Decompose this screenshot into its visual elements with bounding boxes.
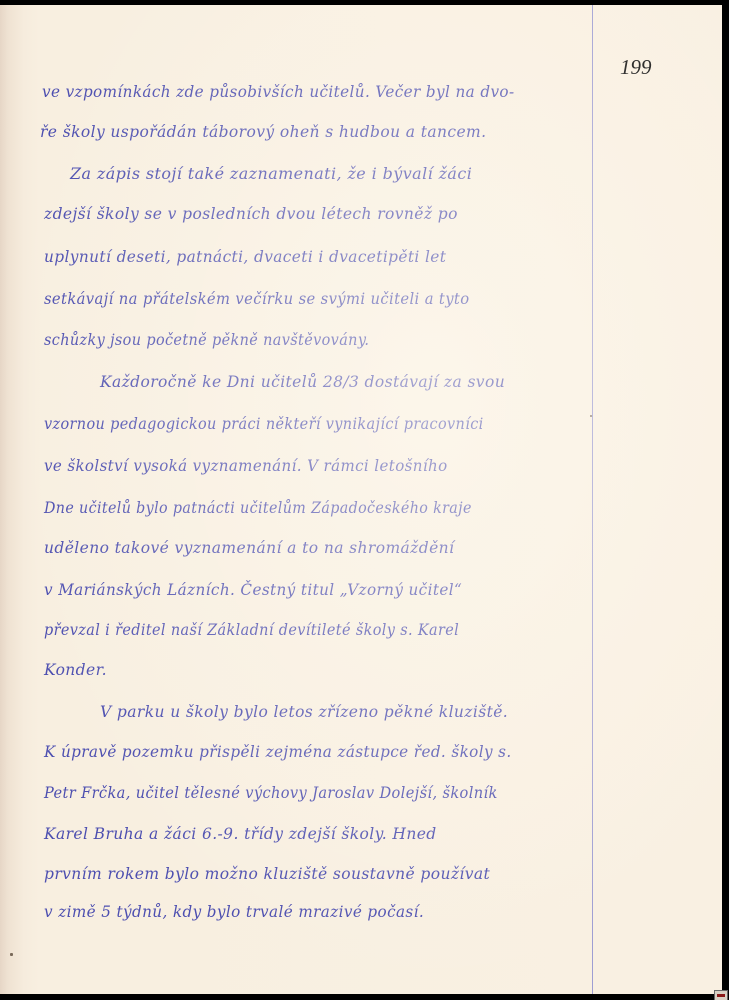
handwritten-line: Petr Frčka, učitel tělesné výchovy Jaros… xyxy=(44,784,498,802)
handwritten-line: Dne učitelů bylo patnácti učitelům Západ… xyxy=(44,499,472,517)
handwritten-line: Konder. xyxy=(44,661,107,679)
handwritten-line: Za zápis stojí také zaznamenati, že i bý… xyxy=(70,165,472,183)
resize-handle-icon[interactable] xyxy=(714,990,728,1000)
handwritten-line: zdejší školy se v posledních dvou létech… xyxy=(44,205,458,223)
handwritten-line: schůzky jsou početně pěkně navštěvovány. xyxy=(44,331,369,349)
paper-speck xyxy=(10,953,13,956)
handwritten-line: uděleno takové vyznamenání a to na shrom… xyxy=(44,539,454,557)
handwritten-line: převzal i ředitel naší Základní devítile… xyxy=(44,621,459,639)
margin-line xyxy=(592,5,593,994)
handwritten-line: v zimě 5 týdnů, kdy bylo trvalé mrazivé … xyxy=(44,903,424,921)
handwritten-line: ře školy uspořádán táborový oheň s hudbo… xyxy=(40,123,486,141)
handwritten-line: vzornou pedagogickou práci někteří vynik… xyxy=(44,415,484,433)
handwritten-line: K úpravě pozemku přispěli zejména zástup… xyxy=(44,743,512,761)
handwritten-line: ve školství vysoká vyznamenání. V rámci … xyxy=(44,457,448,475)
handwritten-line: uplynutí deseti, patnácti, dvaceti i dva… xyxy=(44,248,446,266)
handwritten-line: setkávají na přátelském večírku se svými… xyxy=(44,290,469,308)
document-page: 199 ve vzpomínkách zde působivších učite… xyxy=(0,5,722,994)
handwritten-line: ve vzpomínkách zde působivších učitelů. … xyxy=(42,83,514,101)
handwritten-line: V parku u školy bylo letos zřízeno pěkné… xyxy=(100,703,508,721)
handwritten-line: Karel Bruha a žáci 6.-9. třídy zdejší šk… xyxy=(44,825,437,843)
handwritten-line: v Mariánských Lázních. Čestný titul „Vzo… xyxy=(44,581,462,599)
paper-speck xyxy=(590,415,592,417)
handwritten-line: Každoročně ke Dni učitelů 28/3 dostávají… xyxy=(100,373,505,391)
page-number: 199 xyxy=(620,55,652,80)
handwritten-line: prvním rokem bylo možno kluziště soustav… xyxy=(44,865,490,883)
